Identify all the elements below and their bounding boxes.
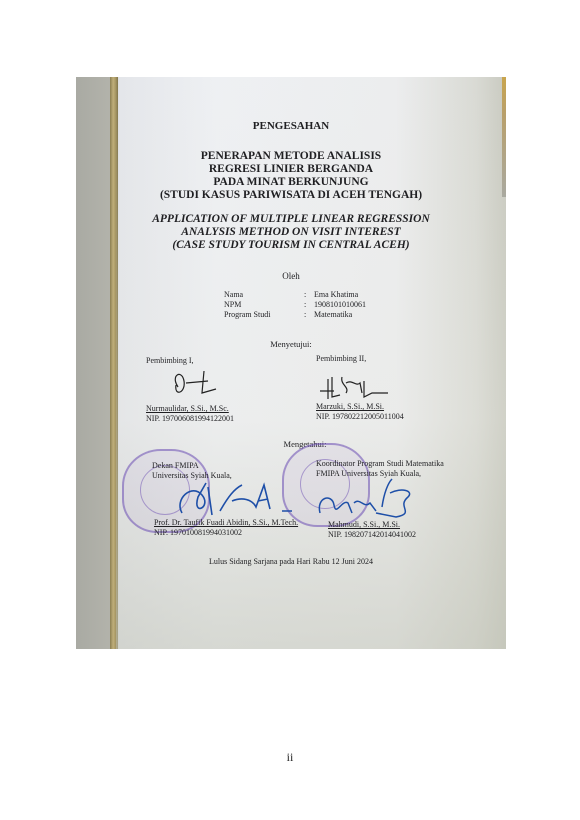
graduation-statement: Lulus Sidang Sarjana pada Hari Rabu 12 J… — [76, 557, 506, 566]
field-label: Program Studi — [224, 310, 304, 320]
field-label: Nama — [224, 290, 304, 300]
supervisor-2-role: Pembimbing II, — [316, 354, 366, 364]
supervisor-2: Marzuki, S.Si., M.Si. NIP. 1978022120050… — [316, 402, 404, 422]
signature-1 — [168, 367, 238, 401]
coordinator-nip: NIP. 198207142014041002 — [328, 530, 416, 540]
approved-label: Menyetujui: — [76, 339, 506, 349]
supervisor-1: Nurmaulidar, S.Si., M.Sc. NIP. 197006081… — [146, 404, 234, 424]
indonesian-title: PENERAPAN METODE ANALISIS REGRESI LINIER… — [76, 150, 506, 202]
dean-nip: NIP. 197010081994031002 — [154, 528, 298, 538]
title-line: REGRESI LINIER BERGANDA — [76, 163, 506, 176]
title-line: PENERAPAN METODE ANALISIS — [76, 150, 506, 163]
supervisor-1-name: Nurmaulidar, S.Si., M.Sc. — [146, 404, 234, 414]
supervisor-2-name: Marzuki, S.Si., M.Si. — [316, 402, 404, 412]
coordinator-name: Mahmudi, S.Si., M.Si. — [328, 520, 416, 530]
author-row: Nama:Ema Khatima — [224, 290, 366, 300]
title-line: (CASE STUDY TOURISM IN CENTRAL ACEH) — [76, 239, 506, 252]
coordinator-signature — [312, 473, 422, 521]
page-heading: PENGESAHAN — [76, 120, 506, 132]
field-label: NPM — [224, 300, 304, 310]
author-info: Nama:Ema Khatima NPM:1908101010061 Progr… — [224, 290, 366, 320]
signature-2 — [316, 371, 396, 405]
coordinator: Mahmudi, S.Si., M.Si. NIP. 1982071420140… — [328, 520, 416, 540]
supervisor-2-nip: NIP. 197802212005011004 — [316, 412, 404, 422]
supervisor-1-nip: NIP. 197006081994122001 — [146, 414, 234, 424]
separator: : — [304, 290, 314, 300]
dean-role-line: Dekan FMIPA — [152, 461, 232, 471]
separator: : — [304, 300, 314, 310]
separator: : — [304, 310, 314, 320]
title-line: PADA MINAT BERKUNJUNG — [76, 176, 506, 189]
title-line: (STUDI KASUS PARIWISATA DI ACEH TENGAH) — [76, 189, 506, 202]
field-value: Ema Khatima — [314, 290, 358, 300]
approval-page: PENGESAHAN PENERAPAN METODE ANALISIS REG… — [76, 77, 506, 649]
dean-name: Prof. Dr. Taufik Fuadi Abidin, S.Si., M.… — [154, 518, 298, 528]
title-line: APPLICATION OF MULTIPLE LINEAR REGRESSIO… — [76, 213, 506, 226]
page-number: ii — [0, 750, 580, 765]
author-row: NPM:1908101010061 — [224, 300, 366, 310]
dean: Prof. Dr. Taufik Fuadi Abidin, S.Si., M.… — [154, 518, 298, 538]
by-label: Oleh — [76, 271, 506, 281]
english-title: APPLICATION OF MULTIPLE LINEAR REGRESSIO… — [76, 213, 506, 252]
supervisor-1-role: Pembimbing I, — [146, 356, 194, 366]
coordinator-role-line: Koordinator Program Studi Matematika — [316, 459, 444, 469]
title-line: ANALYSIS METHOD ON VISIT INTEREST — [76, 226, 506, 239]
field-value: 1908101010061 — [314, 300, 366, 310]
dean-signature — [172, 477, 332, 521]
author-row: Program Studi:Matematika — [224, 310, 366, 320]
field-value: Matematika — [314, 310, 352, 320]
